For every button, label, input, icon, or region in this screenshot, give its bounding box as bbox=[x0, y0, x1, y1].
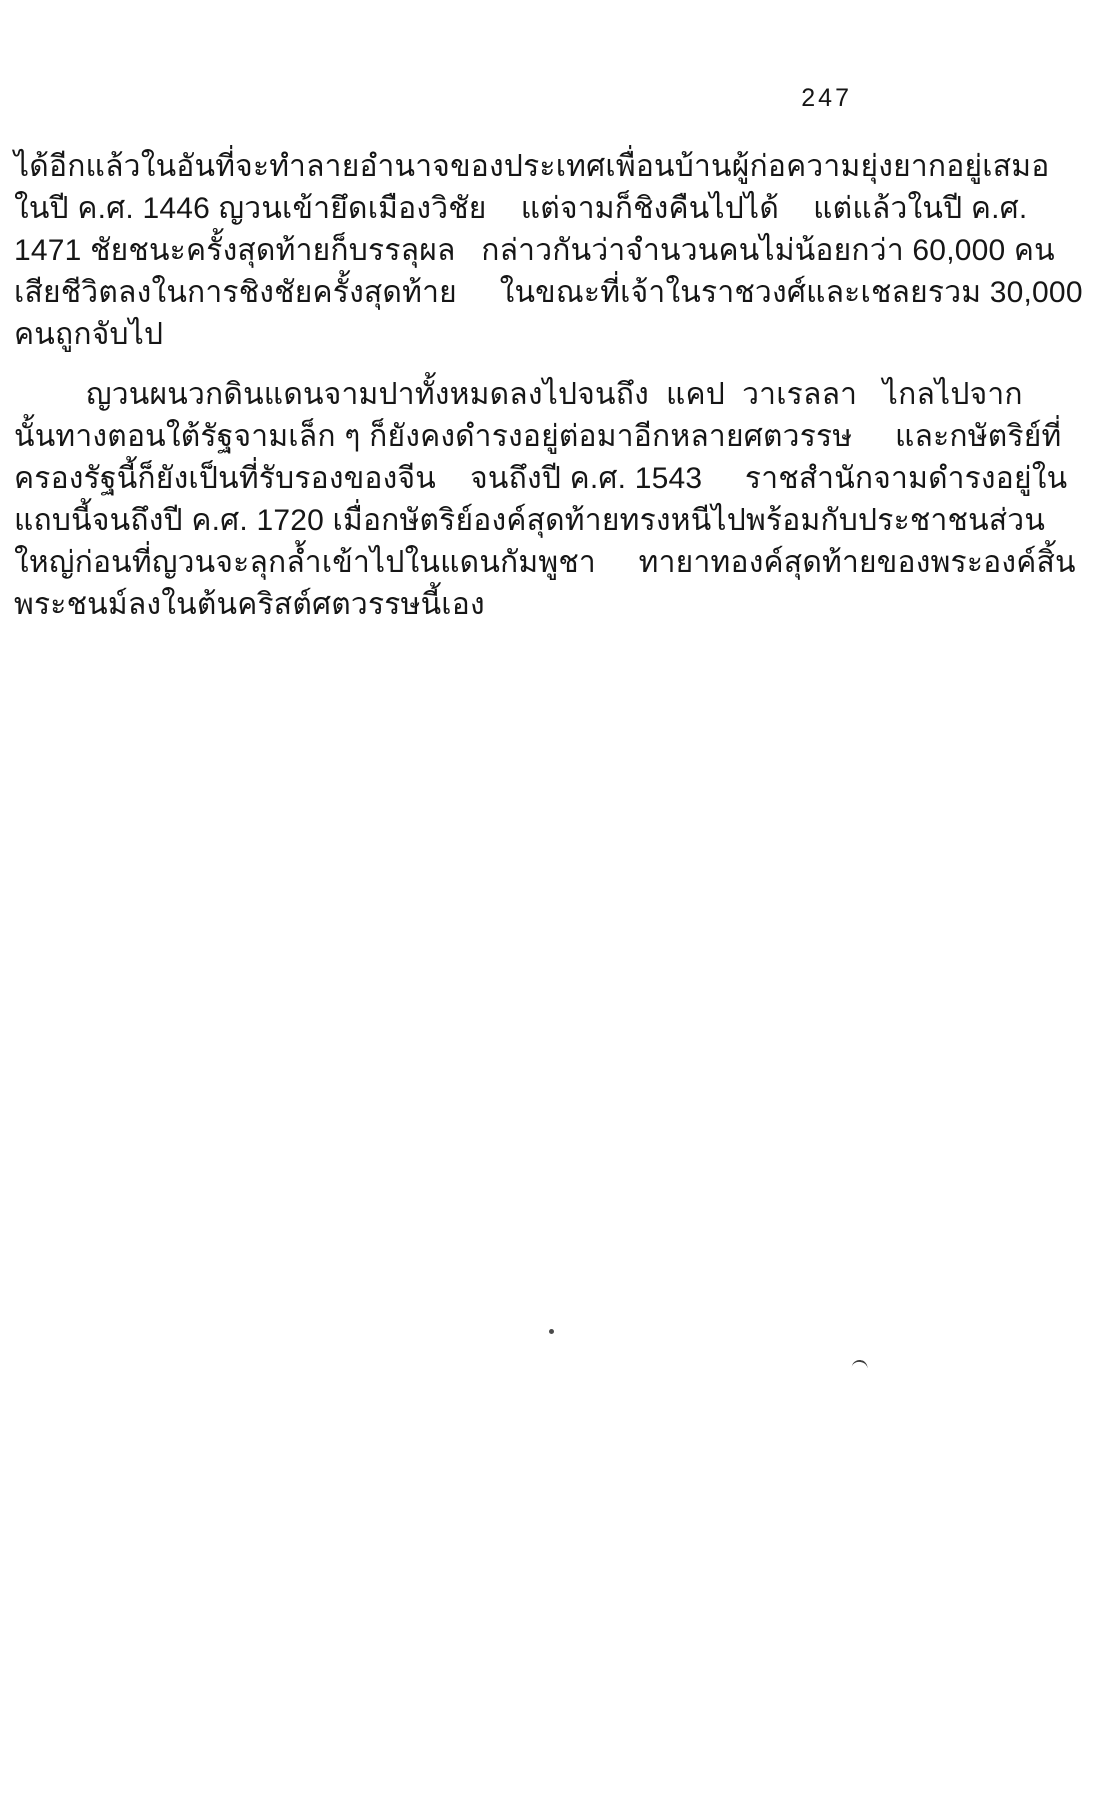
paragraph-1: ได้อีกแล้วในอันที่จะทำลายอำนาจของประเทศเ… bbox=[14, 146, 858, 356]
page-number: 247 bbox=[796, 84, 852, 113]
text-line: 1471 ชัยชนะครั้งสุดท้ายก็บรรลุผล กล่าวกั… bbox=[14, 230, 858, 272]
text-line: แถบนี้จนถึงปี ค.ศ. 1720 เมื่อกษัตริย์องค… bbox=[14, 500, 858, 542]
text-line: ได้อีกแล้วในอันที่จะทำลายอำนาจของประเทศเ… bbox=[14, 146, 858, 188]
paragraph-2: ญวนผนวกดินแดนจามปาทั้งหมดลงไปจนถึง แคป ว… bbox=[14, 374, 858, 626]
text-line: ในปี ค.ศ. 1446 ญวนเข้ายึดเมืองวิชัย แต่จ… bbox=[14, 188, 858, 230]
body-text-block: ได้อีกแล้วในอันที่จะทำลายอำนาจของประเทศเ… bbox=[14, 146, 858, 626]
scanned-book-page: 247 ได้อีกแล้วในอันที่จะทำลายอำนาจของประ… bbox=[0, 0, 1112, 1800]
text-line: นั้นทางตอนใต้รัฐจามเล็ก ๆ ก็ยังคงดำรงอยู… bbox=[14, 416, 858, 458]
text-line: ครองรัฐนี้ก็ยังเป็นที่รับรองของจีน จนถึง… bbox=[14, 458, 858, 500]
text-line: ญวนผนวกดินแดนจามปาทั้งหมดลงไปจนถึง แคป ว… bbox=[14, 374, 858, 416]
text-line: เสียชีวิตลงในการชิงชัยครั้งสุดท้าย ในขณะ… bbox=[14, 272, 858, 314]
scan-artifact-dot bbox=[549, 1329, 554, 1334]
text-line: พระชนม์ลงในต้นคริสต์ศตวรรษนี้เอง bbox=[14, 584, 858, 626]
text-line: คนถูกจับไป bbox=[14, 314, 858, 356]
scan-artifact-mark bbox=[851, 1359, 868, 1371]
text-line: ใหญ่ก่อนที่ญวนจะลุกล้ำเข้าไปในแดนกัมพูชา… bbox=[14, 542, 858, 584]
